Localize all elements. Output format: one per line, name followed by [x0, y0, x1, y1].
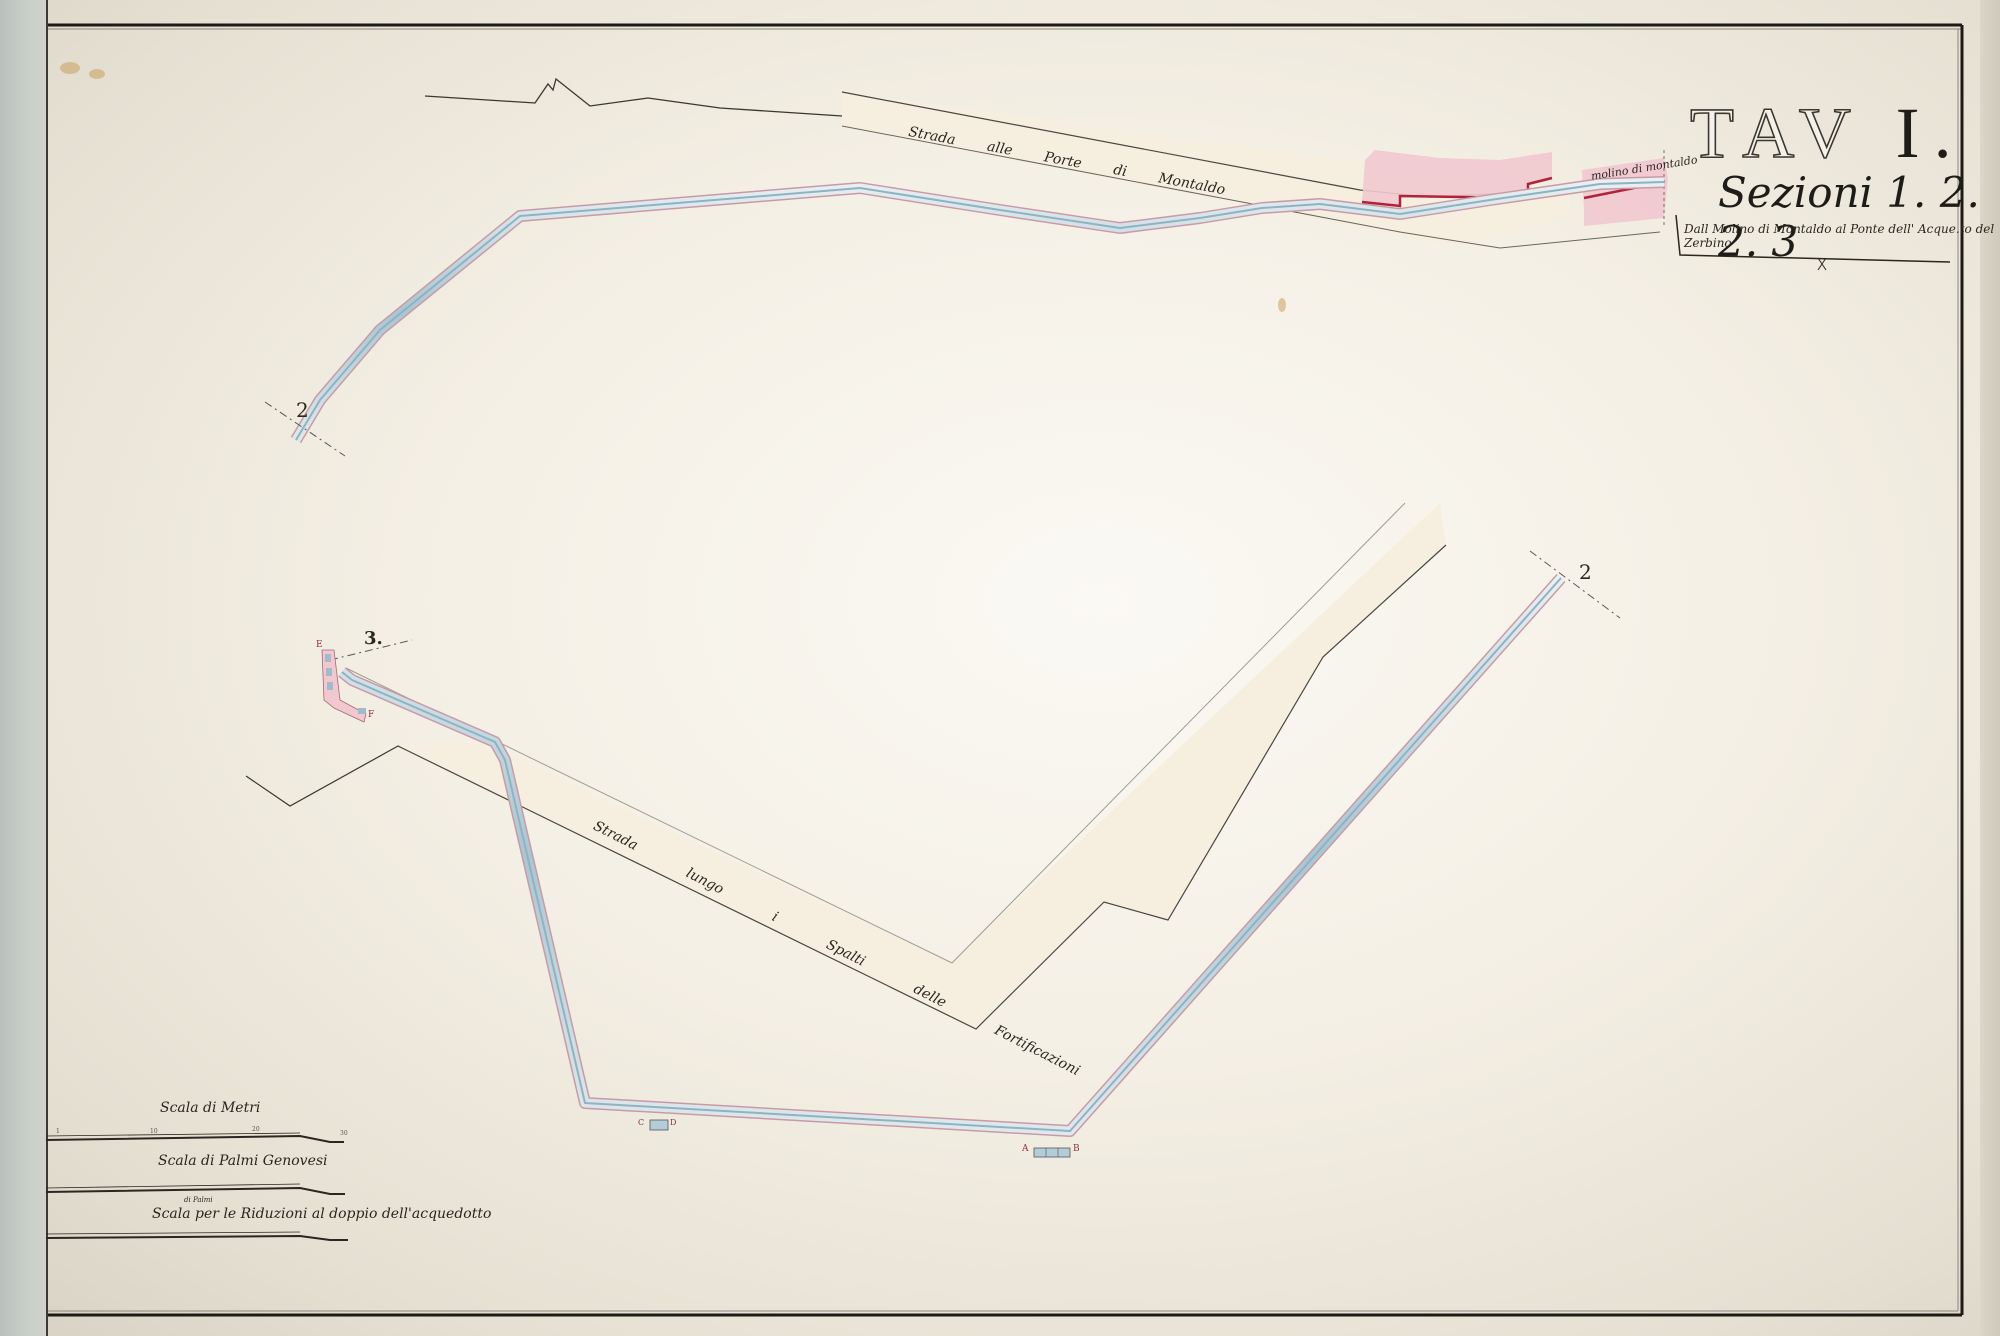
structure-c-d — [650, 1120, 668, 1130]
point-c: C — [638, 1118, 644, 1127]
point-e: E — [316, 640, 323, 650]
section-marker-3: 3. — [364, 628, 383, 649]
scale-metri-tick-20: 20 — [252, 1126, 260, 1133]
scale-metri-tick-10: 10 — [150, 1128, 158, 1135]
scale-metri-tick-30: 30 — [340, 1130, 348, 1137]
plate-title: TAV I. — [1690, 92, 1966, 175]
point-f: F — [368, 710, 374, 720]
section-marker-2-right: 2 — [1579, 560, 1592, 584]
paper-stains — [60, 62, 1286, 312]
boundary-line-top — [425, 79, 842, 116]
point-d: D — [670, 1118, 676, 1127]
plate-number: I. — [1896, 93, 1966, 173]
scale-metri-tick-1: 1 — [56, 1128, 60, 1135]
sheet-subtitle: Dall Molino di Montaldo al Ponte dell' A… — [1684, 222, 2000, 250]
scale-superscript: di Palmi — [184, 1196, 213, 1204]
structure-a-b — [1034, 1148, 1070, 1157]
plate-label: TAV — [1690, 93, 1864, 173]
sections-title: Sezioni 1. 2. 2. 3 — [1718, 168, 2000, 266]
map-drawing — [0, 0, 2000, 1336]
section-line-2-right — [1530, 551, 1620, 618]
scale-title-metri: Scala di Metri — [160, 1100, 260, 1116]
scale-title-palmi: Scala di Palmi Genovesi — [158, 1153, 328, 1169]
scale-bars — [46, 1133, 348, 1240]
section-marker-2-left: 2 — [296, 398, 309, 422]
aqueduct-lower — [342, 578, 1561, 1131]
scale-title-riduzioni: Scala per le Riduzioni al doppio dell'ac… — [152, 1206, 491, 1222]
point-b: B — [1073, 1144, 1080, 1154]
point-a: A — [1022, 1144, 1029, 1154]
